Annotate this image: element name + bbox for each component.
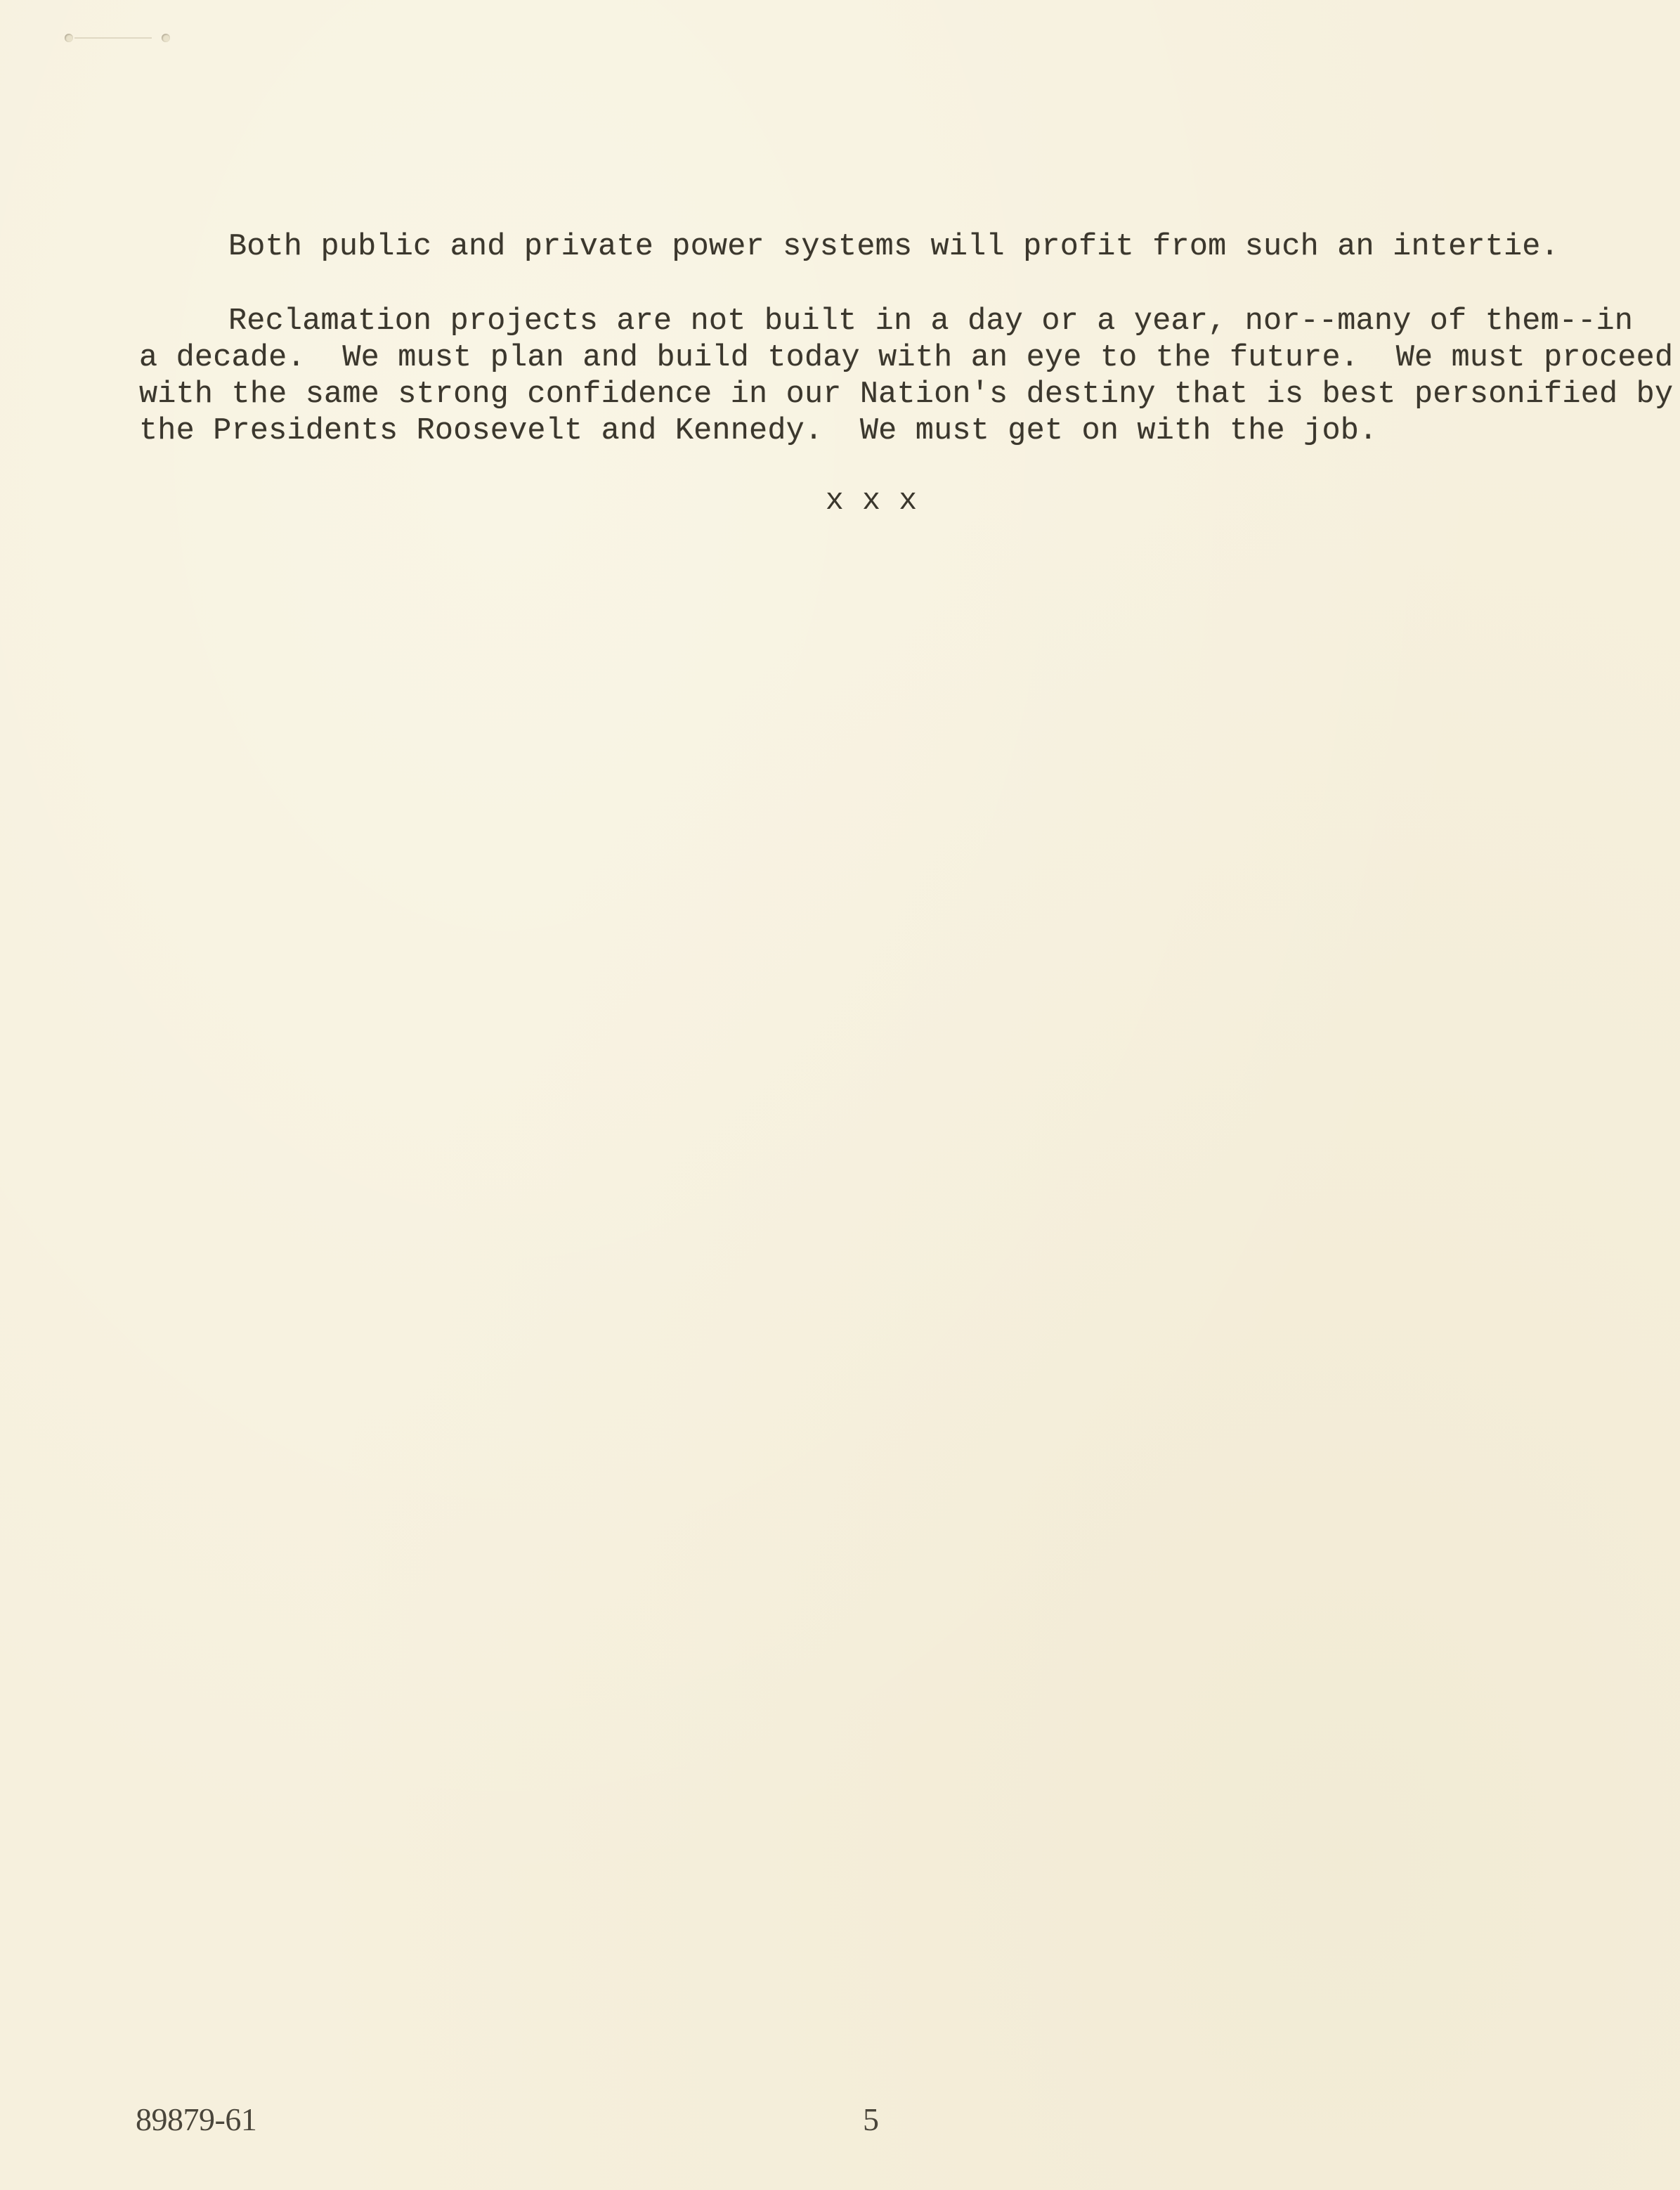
paragraph-1-line-1: Both public and private power systems wi…	[228, 229, 1559, 266]
staple-hole-icon	[65, 34, 73, 42]
paragraph-2-line-4: the Presidents Roosevelt and Kennedy. We…	[139, 413, 1377, 450]
staple-crease	[74, 37, 152, 39]
document-code: 89879-61	[136, 2101, 256, 2138]
paragraph-2-line-1: Reclamation projects are not built in a …	[228, 304, 1633, 340]
end-of-text-mark: x x x	[0, 484, 1680, 520]
page-number: 5	[863, 2101, 879, 2138]
paragraph-2-line-3: with the same strong confidence in our N…	[139, 377, 1673, 413]
staple-holes-mark	[62, 31, 174, 45]
staple-hole-icon	[162, 34, 170, 42]
paragraph-2-line-2: a decade. We must plan and build today w…	[139, 340, 1673, 377]
